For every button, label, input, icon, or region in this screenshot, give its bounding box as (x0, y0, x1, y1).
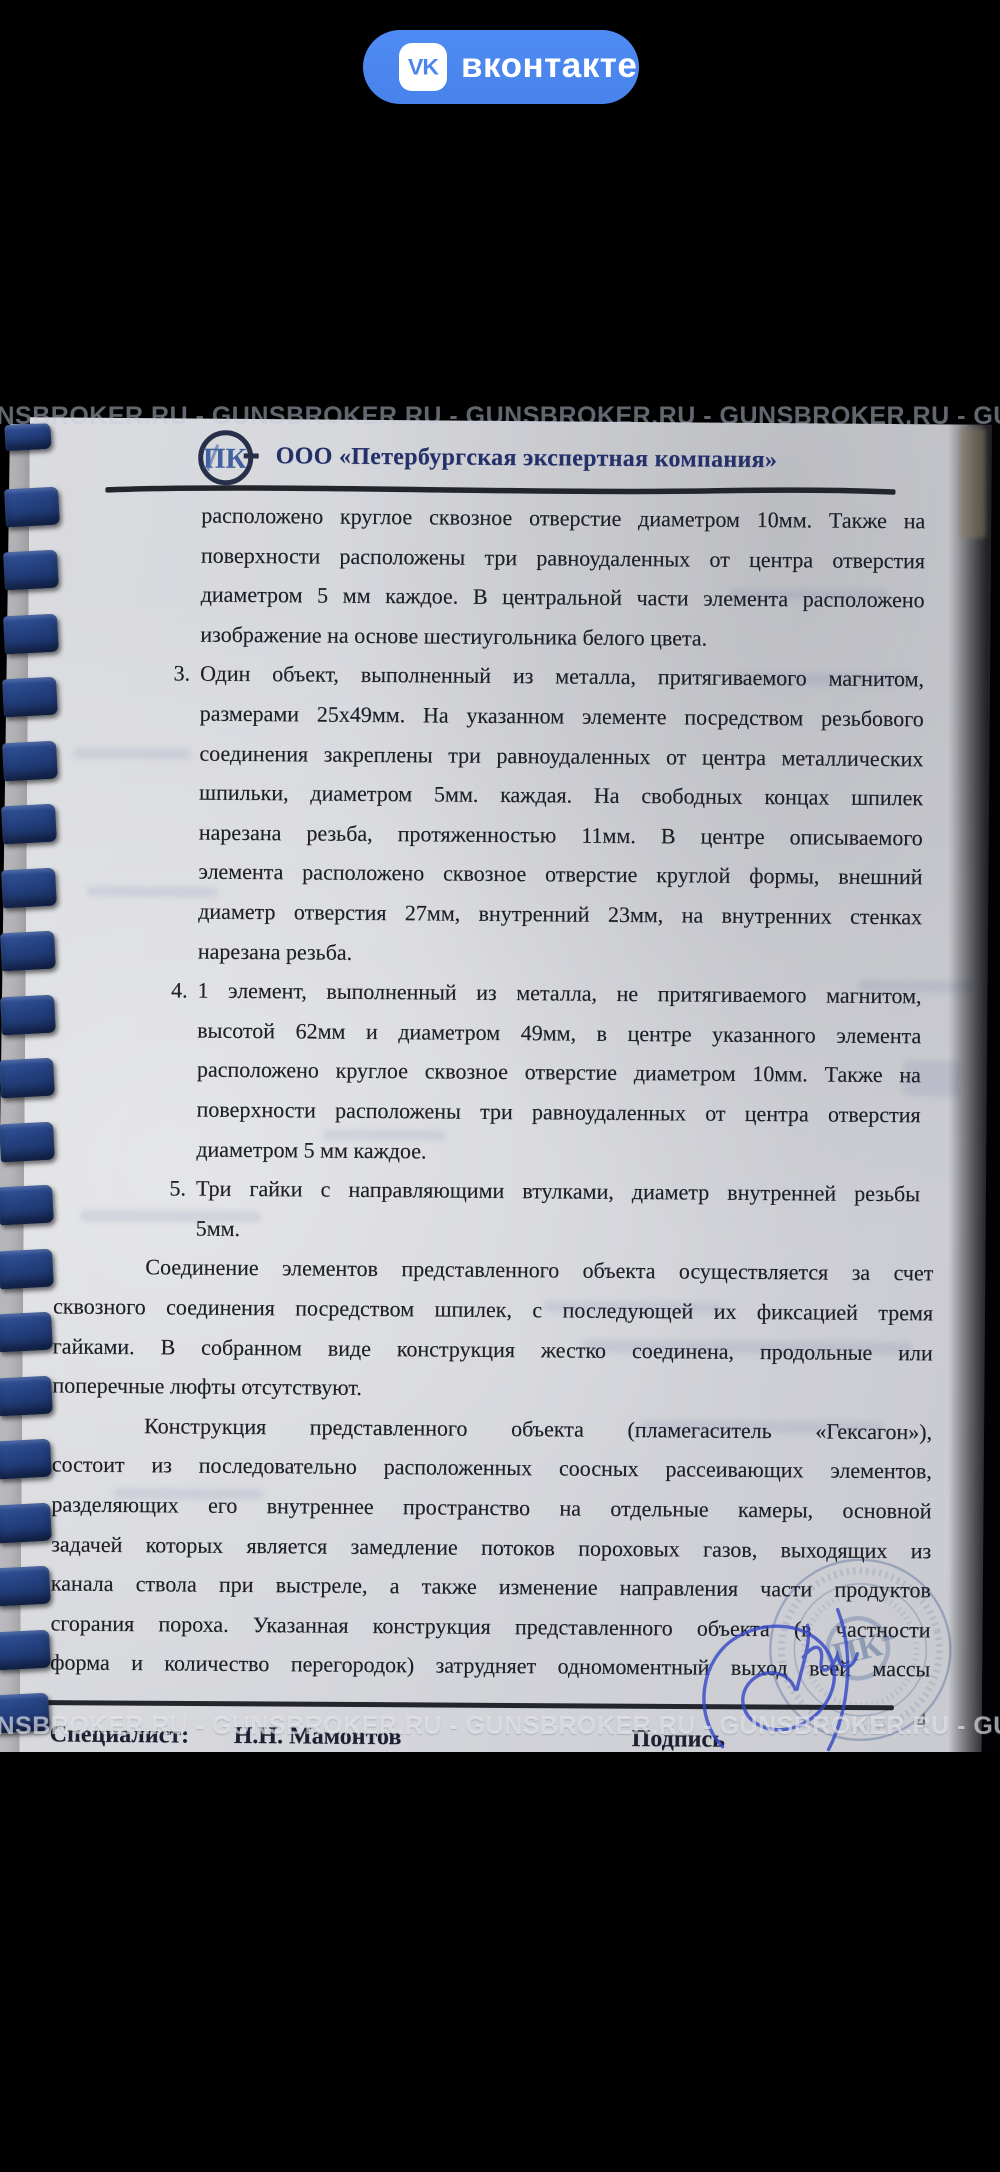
binding-tooth (0, 1185, 54, 1226)
binding-tooth (0, 1121, 54, 1162)
document-line: гайками. В собранном виде конструкция же… (53, 1331, 933, 1368)
document-line: диаметром 5 мм каждое. (196, 1134, 920, 1170)
document-line: диаметр отверстия 27мм, внутренний 23мм,… (198, 897, 922, 933)
photo-right-shadow (948, 421, 1000, 1752)
document-line: соединения закреплены три равноудаленных… (199, 738, 923, 774)
document-line: диаметром 5 мм каждое. В центральной час… (201, 580, 925, 616)
binding-tooth (0, 1693, 50, 1734)
document-line: Три гайки с направляющими втулками, диам… (196, 1174, 920, 1210)
photo-bottom-edge (0, 1752, 1000, 2172)
document-line: высотой 62мм и диаметром 49мм, в центре … (197, 1015, 921, 1051)
bleedthrough-mark (73, 748, 191, 760)
signature-ink (684, 1594, 925, 1771)
binding-tooth (3, 613, 59, 654)
specialist-label: Специалист: (50, 1721, 190, 1749)
document-line: размерами 25х49мм. На указанном элементе… (200, 699, 924, 735)
binding-tooth (2, 677, 58, 718)
vk-button-label: вконтакте (461, 48, 637, 86)
document-body: расположено круглое сквозное отверстие д… (30, 417, 992, 425)
binding-tooth (1, 867, 57, 908)
document-line: изображение на основе шестиугольника бел… (200, 619, 924, 655)
binding-tooth (0, 1312, 53, 1353)
vk-logo-icon: VK (399, 43, 447, 91)
header-rule (105, 480, 895, 500)
document-line: нарезана резьба, протяженностью 11мм. В … (199, 817, 923, 853)
document-line: поперечные люфты отсутствуют. (52, 1371, 932, 1408)
binding-tooth (0, 1629, 50, 1670)
binding-tooth (3, 550, 59, 591)
binding-tooth (4, 486, 60, 527)
binding-tooth (0, 931, 56, 972)
vk-share-button[interactable]: VK вконтакте (363, 30, 639, 104)
document-line: 1 элемент, выполненный из металла, не пр… (197, 976, 921, 1012)
document-line: разделяющих его внутреннее пространство … (51, 1489, 931, 1526)
list-number: 3. (152, 659, 190, 689)
underlying-pages-edge (960, 428, 986, 538)
binding-tooth (0, 1375, 52, 1416)
company-name: ООО «Петербургская экспертная компания» (276, 443, 778, 474)
document-line: Соединение элементов представленного объ… (53, 1252, 933, 1289)
binding-tooth (2, 740, 58, 781)
app-screen: VK вконтакте ПК ООО «Петербургская экспе… (0, 0, 1000, 2172)
binding-tooth (0, 1502, 51, 1543)
document-line: нарезана резьба. (198, 936, 922, 972)
binding-tooth (0, 994, 55, 1035)
document-line: Один объект, выполненный из металла, при… (200, 659, 924, 695)
list-number: 5. (148, 1173, 186, 1203)
binding-tooth (0, 1439, 52, 1480)
document-line: Конструкция представленного объекта (пла… (52, 1410, 932, 1447)
document-line: сквозного соединения посредством шпилек,… (53, 1291, 933, 1328)
binding-tooth (1, 804, 57, 845)
document-line: поверхности расположены три равноудаленн… (201, 540, 925, 576)
document-line: поверхности расположены три равноудаленн… (196, 1095, 920, 1131)
binding-tooth (0, 1058, 55, 1099)
document-line: расположено круглое сквозное отверстие д… (201, 501, 925, 537)
document-line: расположено круглое сквозное отверстие д… (197, 1055, 921, 1091)
list-number: 4. (149, 975, 187, 1005)
binding-tooth (0, 1248, 53, 1289)
bleedthrough-marks (30, 417, 992, 425)
paper-content: ПК ООО «Петербургская экспертная компани… (19, 417, 992, 1785)
document-page: ПК ООО «Петербургская экспертная компани… (19, 417, 992, 1785)
binding-tooth (4, 423, 51, 451)
binding-tooth (0, 1566, 51, 1607)
document-line: элемента расположено сквозное отверстие … (198, 857, 922, 893)
document-line: 5мм. (196, 1213, 920, 1249)
document-line: состоит из последовательно расположенных… (52, 1450, 932, 1487)
document-line: шпильки, диаметром 5мм. каждая. На свобо… (199, 778, 923, 814)
vk-logo-glyph: VK (408, 54, 438, 80)
specialist-name: Н.Н. Мамонтов (234, 1723, 402, 1751)
